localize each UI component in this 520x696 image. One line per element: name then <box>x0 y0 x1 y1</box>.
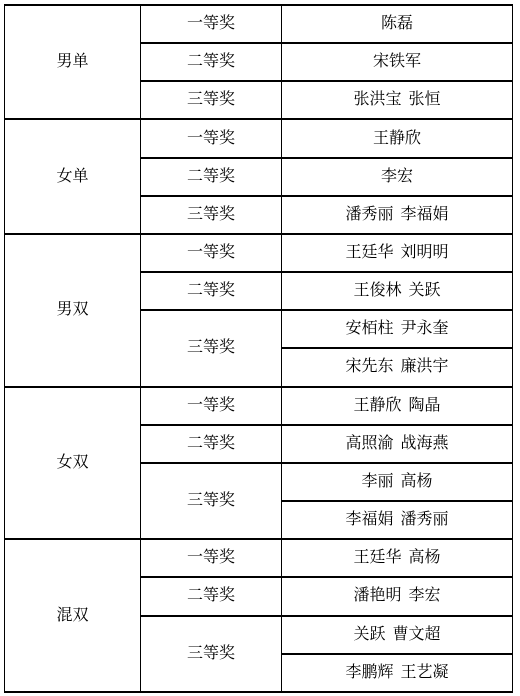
prize-cell: 二等奖 <box>141 43 282 81</box>
prize-cell: 一等奖 <box>141 119 282 157</box>
winner-cell: 李宏 <box>282 158 513 196</box>
winner-cell: 安栢柱 尹永奎 <box>282 310 513 348</box>
winner-cell: 王廷华 刘明明 <box>282 234 513 272</box>
winner-cell: 王廷华 高杨 <box>282 539 513 577</box>
category-cell: 男双 <box>5 234 141 387</box>
prize-cell: 三等奖 <box>141 463 282 539</box>
prize-cell: 一等奖 <box>141 539 282 577</box>
table-row: 女双 一等奖 王静欣 陶晶 <box>5 387 513 425</box>
category-cell: 女单 <box>5 119 141 233</box>
prize-cell: 二等奖 <box>141 425 282 463</box>
prize-cell: 三等奖 <box>141 81 282 119</box>
table-row: 混双 一等奖 王廷华 高杨 <box>5 539 513 577</box>
winner-cell: 王俊林 关跃 <box>282 272 513 310</box>
table-row: 女单 一等奖 王静欣 <box>5 119 513 157</box>
winner-cell: 王静欣 陶晶 <box>282 387 513 425</box>
winner-cell: 宋铁军 <box>282 43 513 81</box>
prize-cell: 二等奖 <box>141 577 282 615</box>
winner-cell: 张洪宝 张恒 <box>282 81 513 119</box>
prize-cell: 一等奖 <box>141 234 282 272</box>
winner-cell: 宋先东 廉洪宇 <box>282 348 513 386</box>
table-row: 男双 一等奖 王廷华 刘明明 <box>5 234 513 272</box>
winner-cell: 王静欣 <box>282 119 513 157</box>
prize-cell: 三等奖 <box>141 196 282 234</box>
winner-cell: 李丽 高杨 <box>282 463 513 501</box>
winner-cell: 李福娟 潘秀丽 <box>282 501 513 539</box>
winner-cell: 关跃 曹文超 <box>282 616 513 654</box>
table-row: 男单 一等奖 陈磊 <box>5 5 513 43</box>
prize-cell: 三等奖 <box>141 616 282 693</box>
winner-cell: 潘秀丽 李福娟 <box>282 196 513 234</box>
category-cell: 男单 <box>5 5 141 119</box>
prize-cell: 三等奖 <box>141 310 282 386</box>
prize-cell: 一等奖 <box>141 5 282 43</box>
prize-cell: 一等奖 <box>141 387 282 425</box>
prize-cell: 二等奖 <box>141 272 282 310</box>
category-cell: 混双 <box>5 539 141 692</box>
winner-cell: 高照渝 战海燕 <box>282 425 513 463</box>
awards-table: 男单 一等奖 陈磊 二等奖 宋铁军 三等奖 张洪宝 张恒 女单 一等奖 王静欣 … <box>4 4 513 693</box>
prize-cell: 二等奖 <box>141 158 282 196</box>
winner-cell: 李鹏辉 王艺凝 <box>282 654 513 692</box>
category-cell: 女双 <box>5 387 141 540</box>
winner-cell: 潘艳明 李宏 <box>282 577 513 615</box>
winner-cell: 陈磊 <box>282 5 513 43</box>
